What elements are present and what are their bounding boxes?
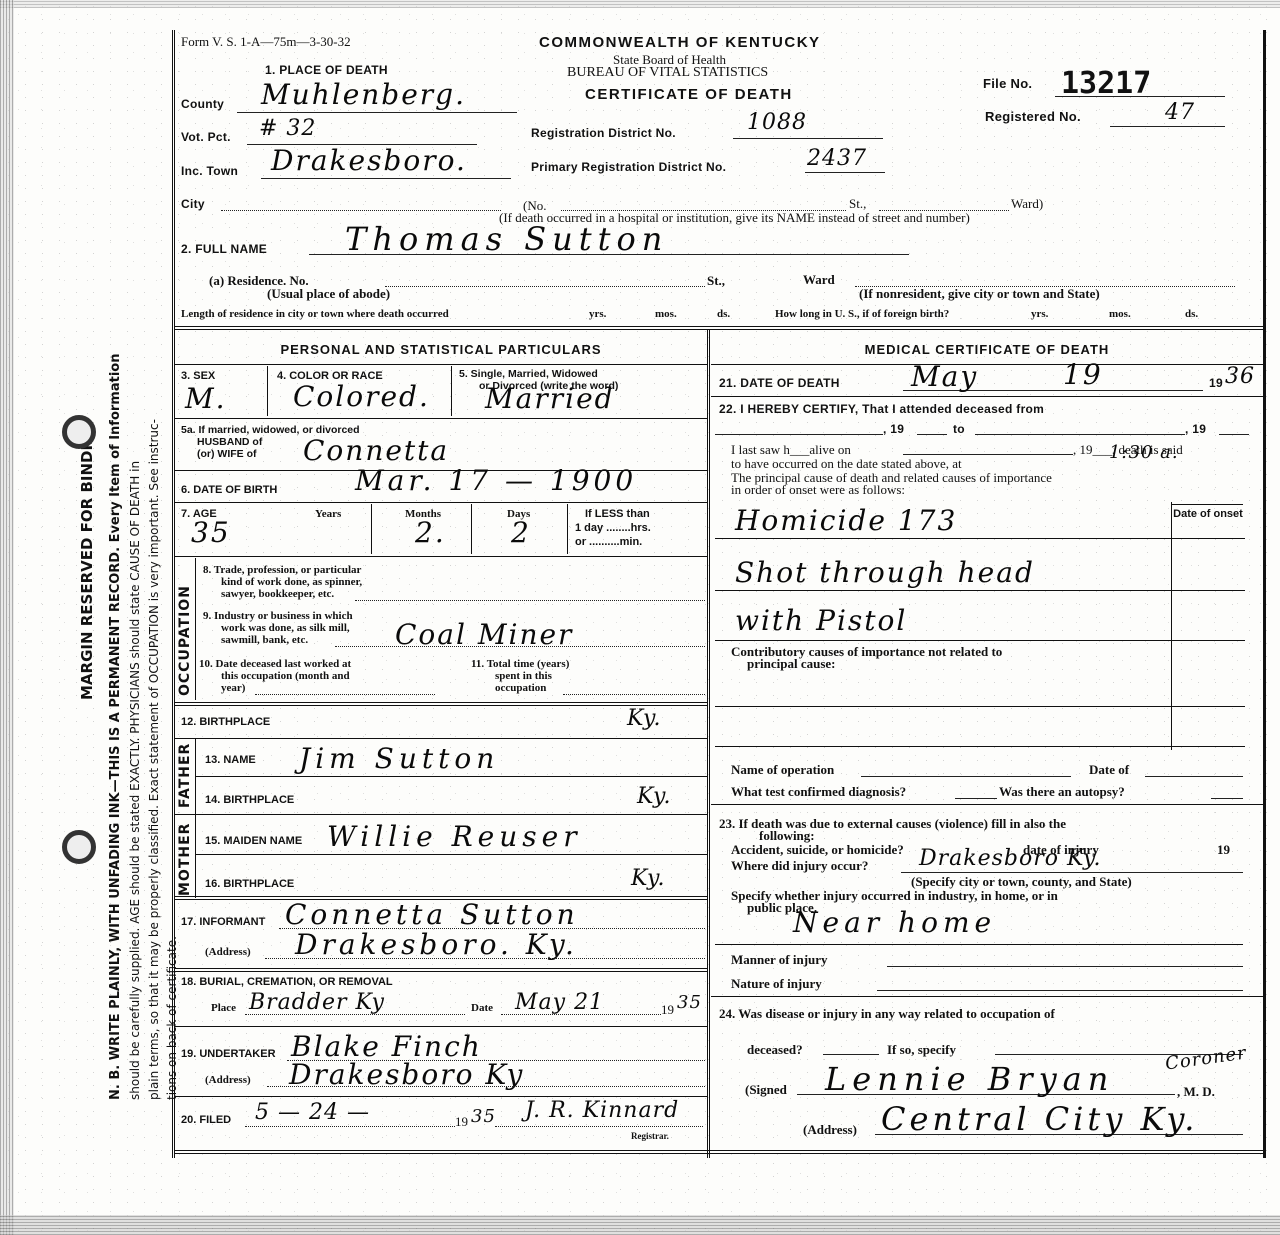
informant-address-value: Drakesboro. Ky. [295, 928, 578, 961]
filed-year-value: 35 [471, 1106, 496, 1127]
dod-year-value: 36 [1225, 364, 1255, 389]
bureau-heading: BUREAU OF VITAL STATISTICS [567, 65, 768, 81]
margin-instruction-line-2: should be carefully supplied. AGE should… [128, 461, 142, 1100]
informant-label: 17. INFORMANT [181, 916, 265, 928]
registrar-label: Registrar. [631, 1130, 669, 1142]
certify-label: 22. I HEREBY CERTIFY, That I attended de… [719, 402, 1044, 416]
commonwealth-heading: COMMONWEALTH OF KENTUCKY [539, 34, 821, 51]
age-days-value: 2 [511, 516, 531, 549]
margin-instruction-line-3: plain terms, so that it may be properly … [147, 419, 161, 1100]
scan-edge-bottom [0, 1215, 1280, 1235]
spouse-value: Connetta [303, 434, 449, 467]
residence-ward-label: Ward [803, 272, 835, 288]
form-number: Form V. S. 1-A—75m—3-30-32 [181, 34, 351, 50]
mother-birthplace-label: 16. BIRTHPLACE [205, 878, 294, 890]
marital-label-1: 5. Single, Married, Widowed [459, 368, 598, 380]
margin-instruction-line-1: N. B. WRITE PLAINLY, WITH UNFADING INK—T… [108, 354, 123, 1100]
certificate-title: CERTIFICATE OF DEATH [585, 86, 793, 103]
death-certificate-form: Form V. S. 1-A—75m—3-30-32 COMMONWEALTH … [172, 30, 1266, 1158]
burial-label: 18. BURIAL, CREMATION, OR REMOVAL [181, 976, 393, 988]
cause-of-death-3: with Pistol [735, 604, 907, 637]
column-divider [707, 330, 710, 1158]
dod-day-value: 19 [1063, 358, 1103, 391]
punch-hole-top [62, 415, 96, 449]
primary-registration-district-label: Primary Registration District No. [531, 160, 726, 174]
color-race-value: Colored. [293, 380, 430, 413]
cause-of-death-1: Homicide 173 [735, 504, 957, 537]
margin-binding-label: MARGIN RESERVED FOR BINDING [78, 420, 96, 700]
burial-year-value: 35 [677, 992, 702, 1013]
filed-label: 20. FILED [181, 1114, 231, 1126]
father-birthplace-label: 14. BIRTHPLACE [205, 794, 294, 806]
mother-maiden-value: Willie Reuser [327, 820, 582, 853]
undertaker-address-value: Drakesboro Ky [289, 1058, 524, 1091]
physician-address-value: Central City Ky. [881, 1100, 1198, 1138]
registration-district-label: Registration District No. [531, 126, 676, 140]
registered-no-label: Registered No. [985, 109, 1081, 124]
foreign-birth-label: How long in U. S., if of foreign birth? [775, 308, 949, 320]
filed-date-value: 5 — 24 — [255, 1100, 370, 1125]
vot-pct-value: # 32 [259, 116, 316, 141]
scan-edge-left [0, 0, 14, 1235]
county-label: County [181, 97, 224, 111]
residence-sublabel: (Usual place of abode) [267, 286, 390, 302]
dob-value: Mar. 17 — 1900 [355, 464, 637, 497]
nonresident-note: (If nonresident, give city or town and S… [859, 286, 1100, 302]
inc-town-label: Inc. Town [181, 164, 238, 178]
inc-town-value: Drakesboro. [271, 144, 467, 177]
dob-label: 6. DATE OF BIRTH [181, 484, 277, 496]
spouse-label-2: HUSBAND of [197, 436, 262, 448]
marital-value: Married [485, 382, 615, 415]
residence-length-label: Length of residence in city or town wher… [181, 308, 449, 320]
birthplace-label: 12. BIRTHPLACE [181, 716, 270, 728]
spouse-label-3: (or) WIFE of [197, 448, 256, 460]
mother-side-label: MOTHER [177, 823, 193, 896]
medical-section-title: MEDICAL CERTIFICATE OF DEATH [711, 342, 1263, 357]
full-name-value: Thomas Sutton [345, 220, 668, 258]
punch-hole-bottom [62, 830, 96, 864]
age-months-value: 2. [415, 516, 446, 549]
registrar-signature: J. R. Kinnard [525, 1098, 679, 1123]
cause-of-death-2: Shot through head [735, 556, 1035, 589]
informant-name-value: Connetta Sutton [285, 898, 579, 931]
coroner-annotation: Coroner [1164, 1042, 1248, 1074]
file-no-value: 13217 [1061, 66, 1151, 101]
vot-pct-label: Vot. Pct. [181, 130, 231, 144]
sex-value: M. [185, 382, 227, 415]
industry-value: Coal Miner [395, 618, 573, 651]
date-of-onset-header: Date of onset [1173, 508, 1243, 520]
father-side-label: FATHER [177, 743, 193, 808]
registered-no-value: 47 [1165, 100, 1195, 125]
birthplace-value: Ky. [627, 706, 662, 731]
injury-place-type-value: Near home [793, 906, 996, 939]
dod-label: 21. DATE OF DEATH [719, 376, 840, 390]
burial-place-value: Bradder Ky [249, 990, 385, 1015]
time-of-death-value: 1:30 a. [1109, 442, 1179, 463]
burial-date-value: May 21 [515, 990, 604, 1015]
scan-edge-top [0, 0, 1280, 8]
binding-margin: MARGIN RESERVED FOR BINDING N. B. WRITE … [20, 60, 170, 1110]
sex-label: 3. SEX [181, 370, 215, 382]
city-label: City [181, 197, 205, 211]
personal-section-title: PERSONAL AND STATISTICAL PARTICULARS [175, 342, 707, 357]
mother-maiden-label: 15. MAIDEN NAME [205, 835, 302, 847]
occupation-side-label: OCCUPATION [177, 585, 193, 696]
father-name-value: Jim Sutton [299, 742, 499, 775]
injury-location-value: Drakesboro Ky. [919, 846, 1102, 871]
city-ward-label: Ward) [1011, 196, 1043, 212]
mother-birthplace-value: Ky. [631, 866, 666, 891]
age-years-value: 35 [191, 516, 231, 549]
county-value: Muhlenberg. [261, 78, 466, 111]
full-name-label: 2. FULL NAME [181, 242, 267, 256]
file-no-label: File No. [983, 76, 1032, 91]
physician-signature: Lennie Bryan [825, 1060, 1114, 1098]
registration-district-value: 1088 [747, 110, 807, 135]
father-name-label: 13. NAME [205, 754, 256, 766]
place-of-death-label: 1. PLACE OF DEATH [265, 63, 388, 77]
primary-registration-district-value: 2437 [807, 146, 867, 171]
undertaker-label: 19. UNDERTAKER [181, 1048, 276, 1060]
residence-st-label: St., [707, 273, 725, 289]
dod-month-value: May [911, 360, 978, 393]
father-birthplace-value: Ky. [637, 784, 672, 809]
